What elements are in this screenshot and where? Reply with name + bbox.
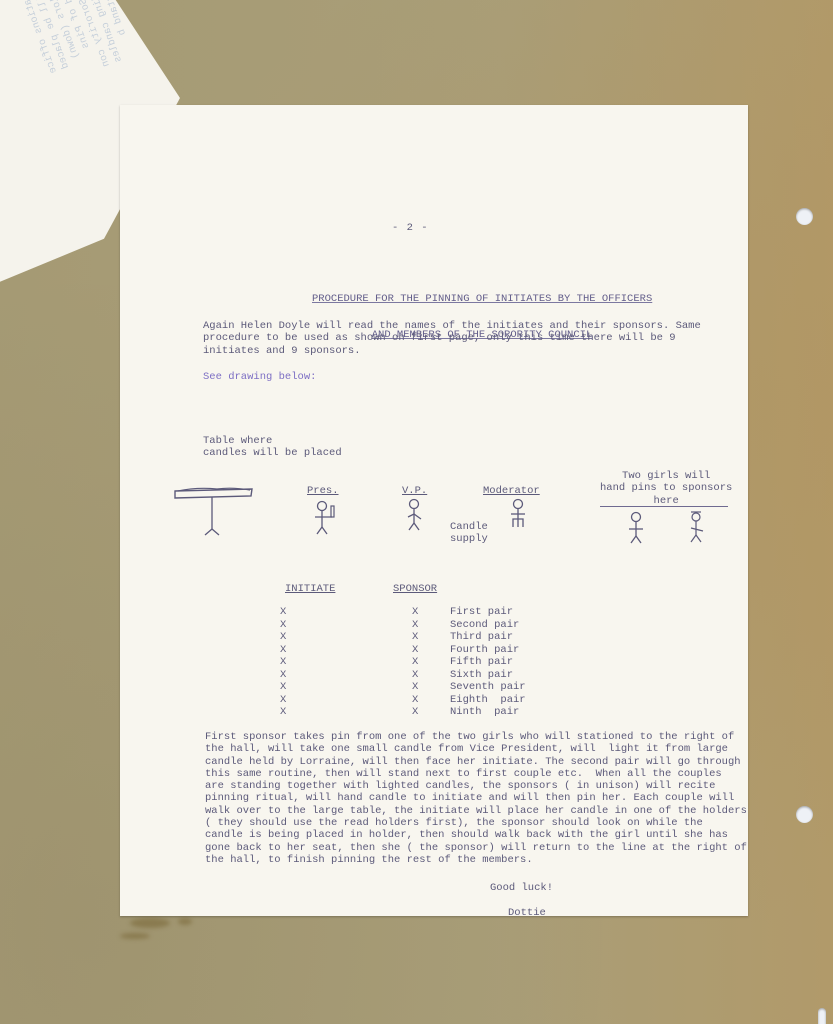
table-label: Table where candles will be placed — [203, 435, 342, 460]
instructions-paragraph: First sponsor takes pin from one of the … — [205, 731, 745, 866]
stain — [120, 933, 150, 939]
initiate-mark: X — [280, 669, 412, 682]
pair-row: XXNinth pair — [280, 706, 526, 719]
pair-row: XXFourth pair — [280, 644, 526, 657]
initiate-mark: X — [280, 606, 412, 619]
signature: Dottie — [508, 907, 546, 916]
pair-row: XXFirst pair — [280, 606, 526, 619]
binder-hole — [818, 1008, 826, 1024]
pair-label: Second pair — [450, 619, 519, 632]
president-stick-figure — [312, 499, 342, 539]
initiate-mark: X — [280, 656, 412, 669]
document-page: - 2 - PROCEDURE FOR THE PINNING OF INITI… — [120, 105, 748, 916]
sponsor-mark: X — [412, 631, 450, 644]
table-drawing — [172, 479, 254, 537]
pair-label: First pair — [450, 606, 513, 619]
pair-label: Sixth pair — [450, 669, 513, 682]
binder-hole — [796, 208, 813, 225]
initiate-mark: X — [280, 619, 412, 632]
sponsor-mark: X — [412, 606, 450, 619]
sponsor-mark: X — [412, 694, 450, 707]
sponsor-mark: X — [412, 669, 450, 682]
sponsor-mark: X — [412, 706, 450, 719]
pair-label: Third pair — [450, 631, 513, 644]
president-label: Pres. — [307, 485, 339, 497]
two-girls-label: Two girls will hand pins to sponsors her… — [600, 470, 732, 507]
title-line-1: PROCEDURE FOR THE PINNING OF INITIATES B… — [312, 293, 652, 305]
pair-row: XXThird pair — [280, 631, 526, 644]
vice-president-stick-figure — [404, 497, 428, 535]
sponsor-mark: X — [412, 681, 450, 694]
sponsor-mark: X — [412, 644, 450, 657]
initiate-mark: X — [280, 694, 412, 707]
girl-stick-figure — [686, 508, 710, 546]
page-number: - 2 - — [392, 222, 429, 234]
closing-text: Good luck! — [490, 882, 553, 894]
see-drawing-text: See drawing below: — [203, 371, 316, 383]
girls-underline — [600, 506, 728, 507]
vice-president-label: V.P. — [402, 485, 427, 497]
moderator-label: Moderator — [483, 485, 540, 497]
stain — [130, 918, 170, 928]
pair-label: Eighth pair — [450, 694, 526, 707]
pair-label: Seventh pair — [450, 681, 526, 694]
pair-label: Fifth pair — [450, 656, 513, 669]
pairs-table: XXFirst pair XXSecond pair XXThird pair … — [280, 606, 526, 719]
initiate-mark: X — [280, 681, 412, 694]
intro-paragraph: Again Helen Doyle will read the names of… — [203, 320, 743, 357]
pair-row: XXSixth pair — [280, 669, 526, 682]
initiate-column-header: INITIATE — [285, 583, 335, 595]
stain — [178, 918, 192, 925]
sponsor-column-header: SPONSOR — [393, 583, 437, 595]
pair-row: XXSecond pair — [280, 619, 526, 632]
pair-row: XXSeventh pair — [280, 681, 526, 694]
sponsor-mark: X — [412, 619, 450, 632]
binder-hole — [796, 806, 813, 823]
pair-row: XXEighth pair — [280, 694, 526, 707]
pair-label: Fourth pair — [450, 644, 519, 657]
pair-label: Ninth pair — [450, 706, 519, 719]
sponsor-mark: X — [412, 656, 450, 669]
candle-supply-label: Candle supply — [450, 521, 488, 546]
initiate-mark: X — [280, 631, 412, 644]
initiate-mark: X — [280, 706, 412, 719]
initiate-mark: X — [280, 644, 412, 657]
moderator-stick-figure — [508, 497, 532, 533]
girl-stick-figure — [626, 510, 650, 546]
pair-row: XXFifth pair — [280, 656, 526, 669]
